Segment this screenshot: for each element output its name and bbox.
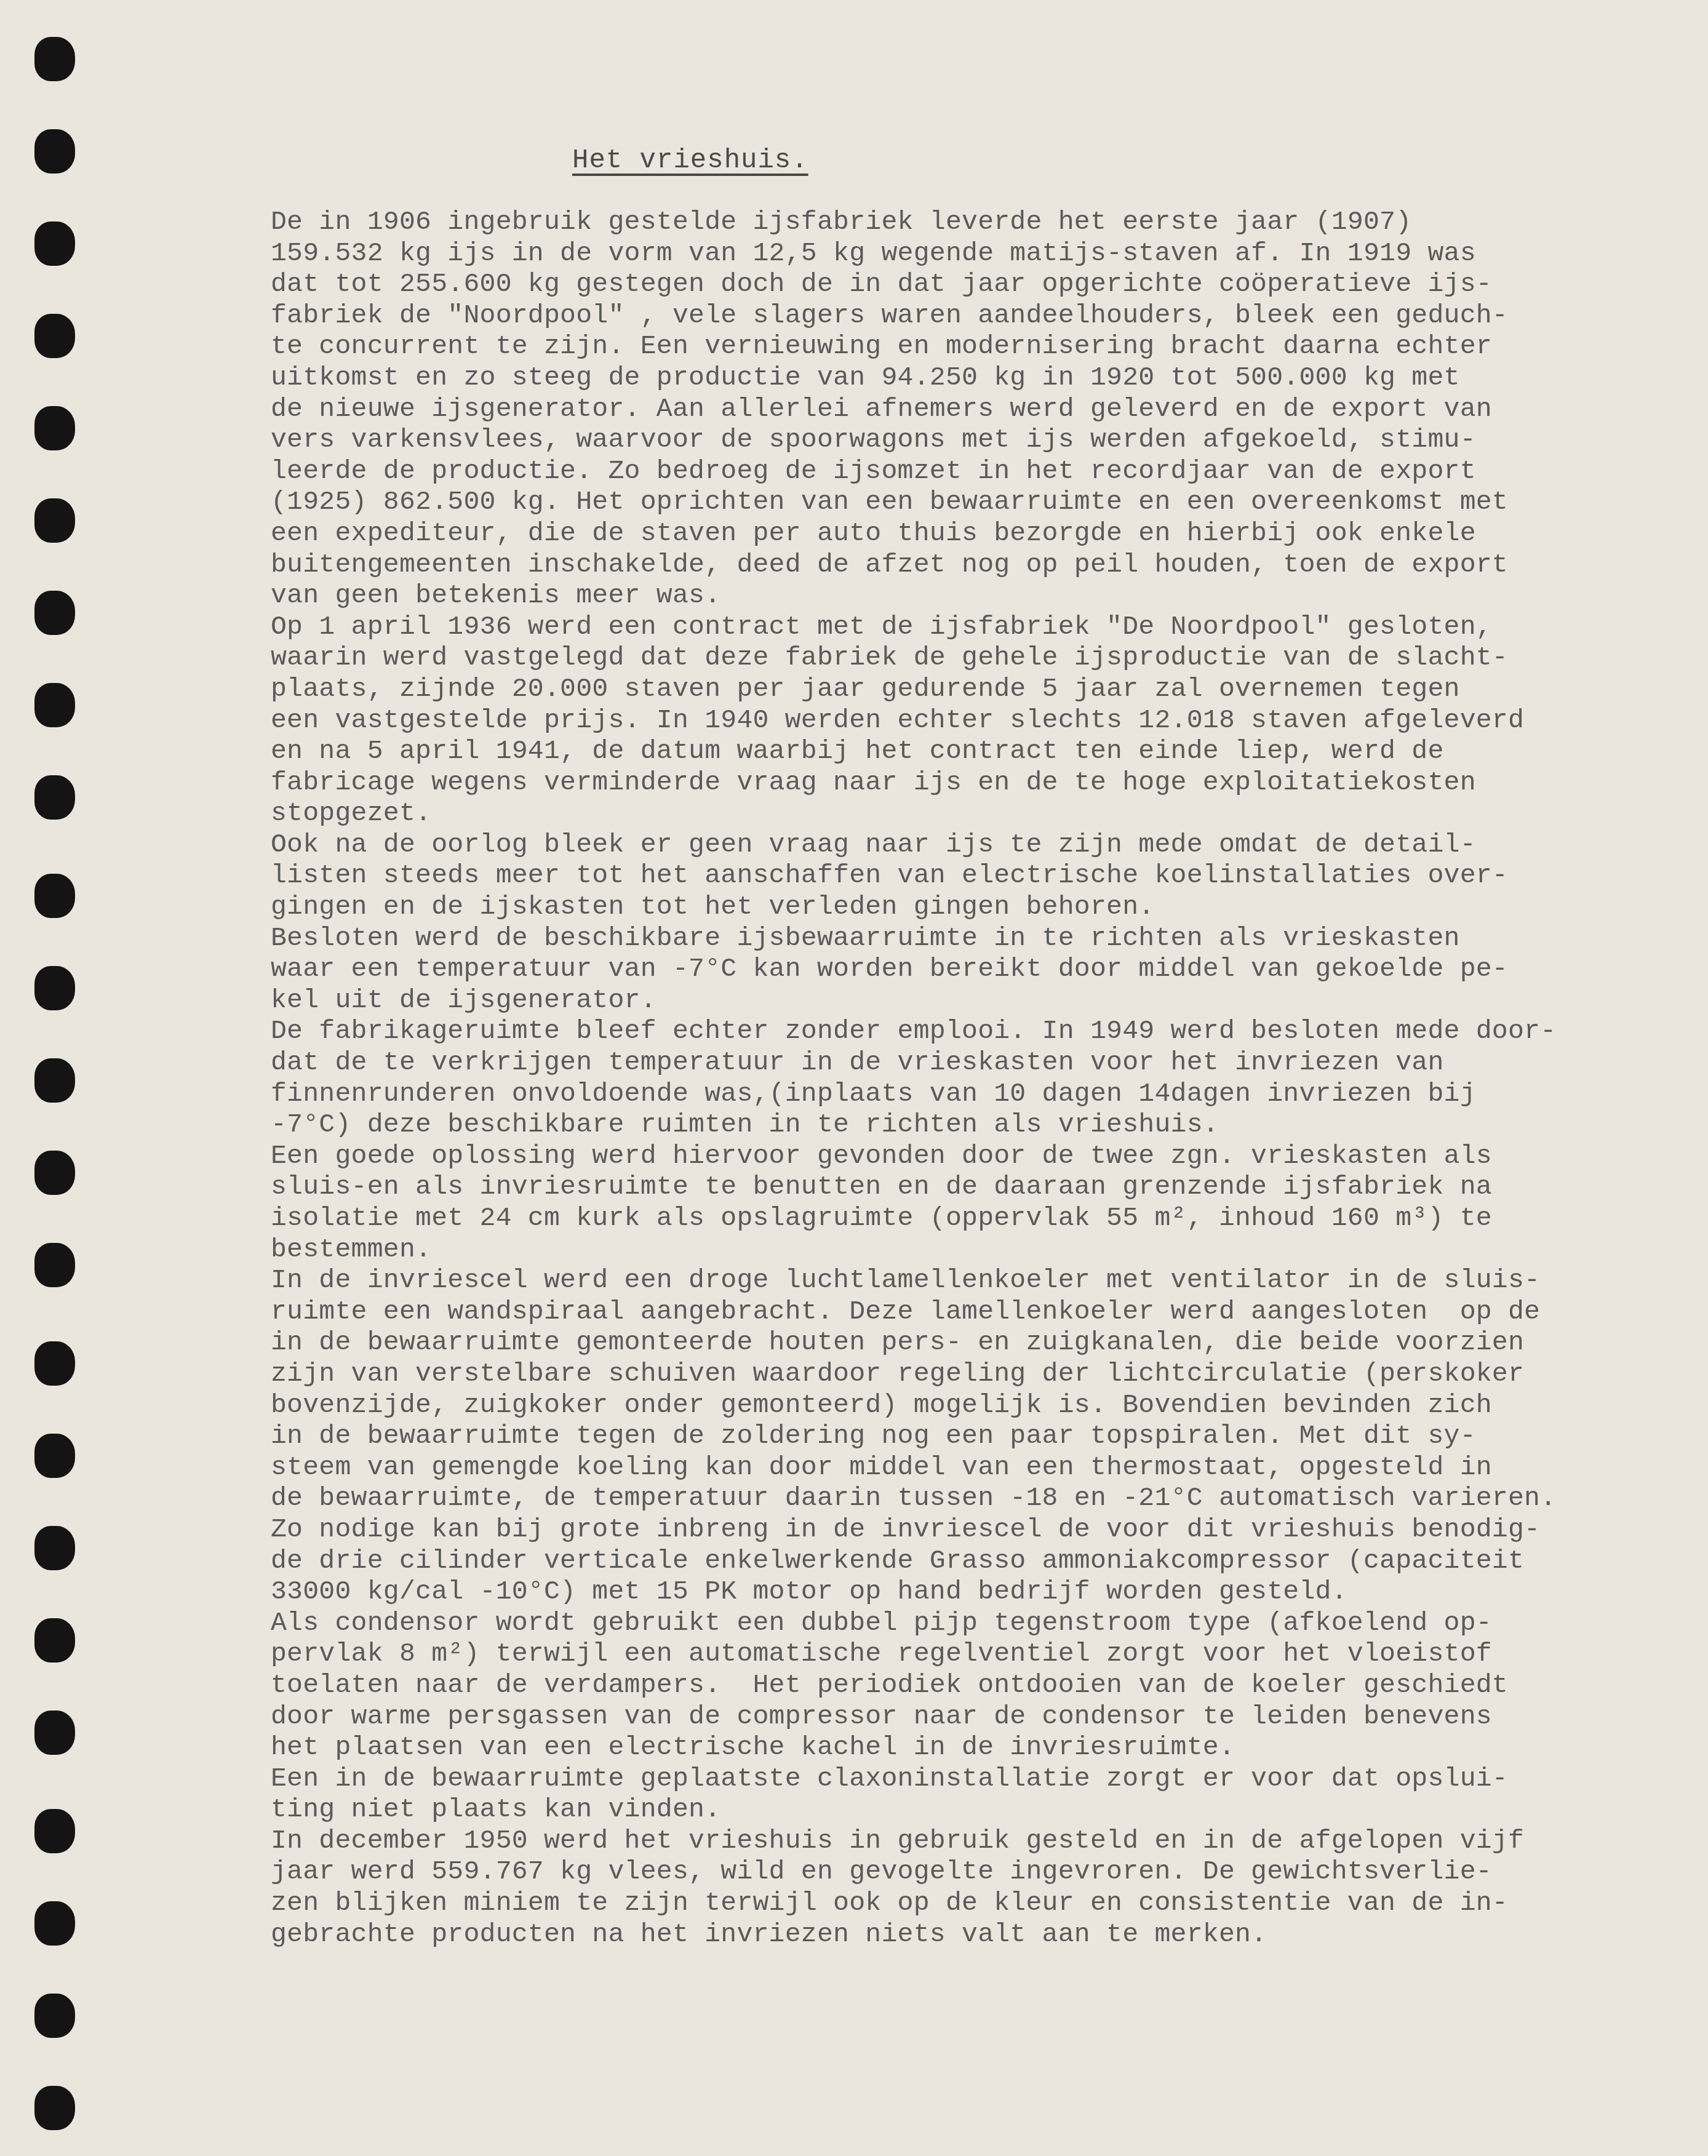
document-page: Het vrieshuis. De in 1906 ingebruik gest… bbox=[0, 0, 1708, 2156]
text-line: In december 1950 werd het vrieshuis in g… bbox=[271, 1826, 1686, 1857]
binder-hole-icon bbox=[34, 498, 75, 543]
text-line: 159.532 kg ijs in de vorm van 12,5 kg we… bbox=[271, 238, 1686, 269]
text-line: kel uit de ijsgenerator. bbox=[271, 985, 1686, 1016]
text-line: in de bewaarruimte tegen de zoldering no… bbox=[271, 1421, 1686, 1452]
binder-hole-icon bbox=[34, 314, 75, 358]
text-line: Ook na de oorlog bleek er geen vraag naa… bbox=[271, 829, 1686, 861]
text-line: Op 1 april 1936 werd een contract met de… bbox=[271, 612, 1686, 643]
binder-hole-icon bbox=[34, 1058, 75, 1103]
binder-hole-icon bbox=[34, 129, 75, 174]
text-line: waarin werd vastgelegd dat deze fabriek … bbox=[271, 642, 1686, 674]
text-line: In de invriescel werd een droge luchtlam… bbox=[271, 1265, 1686, 1296]
binder-holes bbox=[34, 0, 78, 2156]
text-line: in de bewaarruimte gemonteerde houten pe… bbox=[271, 1327, 1686, 1359]
text-line: zen blijken miniem te zijn terwijl ook o… bbox=[271, 1888, 1686, 1919]
text-line: bestemmen. bbox=[271, 1234, 1686, 1266]
text-line: plaats, zijnde 20.000 staven per jaar ge… bbox=[271, 674, 1686, 705]
binder-hole-icon bbox=[34, 1526, 75, 1570]
text-line: Besloten werd de beschikbare ijsbewaarru… bbox=[271, 923, 1686, 954]
binder-hole-icon bbox=[34, 406, 75, 450]
text-line: isolatie met 24 cm kurk als opslagruimte… bbox=[271, 1203, 1686, 1234]
text-line: bovenzijde, zuigkoker onder gemonteerd) … bbox=[271, 1390, 1686, 1421]
text-line: De fabrikageruimte bleef echter zonder e… bbox=[271, 1016, 1686, 1047]
document-body: De in 1906 ingebruik gestelde ijsfabriek… bbox=[271, 207, 1686, 1950]
text-line: dat de te verkrijgen temperatuur in de v… bbox=[271, 1047, 1686, 1079]
binder-hole-icon bbox=[34, 1341, 75, 1386]
binder-hole-icon bbox=[34, 222, 75, 266]
text-line: jaar werd 559.767 kg vlees, wild en gevo… bbox=[271, 1856, 1686, 1888]
text-line: Een in de bewaarruimte geplaatste claxon… bbox=[271, 1763, 1686, 1795]
binder-hole-icon bbox=[34, 591, 75, 635]
text-line: listen steeds meer tot het aanschaffen v… bbox=[271, 860, 1686, 892]
text-line: gingen en de ijskasten tot het verleden … bbox=[271, 892, 1686, 923]
binder-hole-icon bbox=[34, 775, 75, 820]
document-title: Het vrieshuis. bbox=[572, 145, 808, 176]
text-line: buitengemeenten inschakelde, deed de afz… bbox=[271, 549, 1686, 581]
binder-hole-icon bbox=[34, 2086, 75, 2130]
text-line: de drie cilinder verticale enkelwerkende… bbox=[271, 1546, 1686, 1577]
binder-hole-icon bbox=[34, 874, 75, 918]
text-line: Zo nodige kan bij grote inbreng in de in… bbox=[271, 1514, 1686, 1546]
text-line: vers varkensvlees, waarvoor de spoorwago… bbox=[271, 425, 1686, 456]
text-line: Een goede oplossing werd hiervoor gevond… bbox=[271, 1141, 1686, 1172]
text-line: een expediteur, die de staven per auto t… bbox=[271, 518, 1686, 549]
text-line: De in 1906 ingebruik gestelde ijsfabriek… bbox=[271, 207, 1686, 238]
text-line: door warme persgassen van de compressor … bbox=[271, 1701, 1686, 1733]
text-line: Als condensor wordt gebruikt een dubbel … bbox=[271, 1608, 1686, 1639]
text-line: en na 5 april 1941, de datum waarbij het… bbox=[271, 736, 1686, 767]
binder-hole-icon bbox=[34, 1243, 75, 1287]
binder-hole-icon bbox=[34, 37, 75, 81]
text-line: finnenrunderen onvoldoende was,(inplaats… bbox=[271, 1079, 1686, 1110]
text-line: ruimte een wandspiraal aangebracht. Deze… bbox=[271, 1296, 1686, 1328]
text-line: stopgezet. bbox=[271, 798, 1686, 829]
text-line: toelaten naar de verdampers. Het periodi… bbox=[271, 1670, 1686, 1701]
binder-hole-icon bbox=[34, 1809, 75, 1853]
text-line: het plaatsen van een electrische kachel … bbox=[271, 1732, 1686, 1763]
text-line: -7°C) deze beschikbare ruimten in te ric… bbox=[271, 1109, 1686, 1141]
text-line: zijn van verstelbare schuiven waardoor r… bbox=[271, 1359, 1686, 1390]
text-line: sluis-en als invriesruimte te benutten e… bbox=[271, 1172, 1686, 1203]
binder-hole-icon bbox=[34, 1434, 75, 1478]
text-line: gebrachte producten na het invriezen nie… bbox=[271, 1919, 1686, 1950]
binder-hole-icon bbox=[34, 1994, 75, 2038]
text-line: steem van gemengde koeling kan door midd… bbox=[271, 1452, 1686, 1483]
binder-hole-icon bbox=[34, 1618, 75, 1663]
binder-hole-icon bbox=[34, 1901, 75, 1946]
text-line: dat tot 255.600 kg gestegen doch de in d… bbox=[271, 269, 1686, 300]
binder-hole-icon bbox=[34, 1711, 75, 1755]
text-line: fabriek de "Noordpool" , vele slagers wa… bbox=[271, 300, 1686, 332]
text-line: van geen betekenis meer was. bbox=[271, 580, 1686, 612]
text-line: (1925) 862.500 kg. Het oprichten van een… bbox=[271, 487, 1686, 518]
binder-hole-icon bbox=[34, 966, 75, 1010]
text-line: een vastgestelde prijs. In 1940 werden e… bbox=[271, 705, 1686, 737]
text-line: waar een temperatuur van -7°C kan worden… bbox=[271, 954, 1686, 985]
binder-hole-icon bbox=[34, 683, 75, 727]
text-line: de nieuwe ijsgenerator. Aan allerlei afn… bbox=[271, 394, 1686, 425]
text-line: 33000 kg/cal -10°C) met 15 PK motor op h… bbox=[271, 1576, 1686, 1608]
binder-hole-icon bbox=[34, 1151, 75, 1195]
text-line: uitkomst en zo steeg de productie van 94… bbox=[271, 362, 1686, 394]
text-line: ting niet plaats kan vinden. bbox=[271, 1794, 1686, 1826]
text-line: de bewaarruimte, de temperatuur daarin t… bbox=[271, 1483, 1686, 1514]
text-line: leerde de productie. Zo bedroeg de ijsom… bbox=[271, 456, 1686, 487]
text-line: fabricage wegens verminderde vraag naar … bbox=[271, 767, 1686, 799]
text-line: te concurrent te zijn. Een vernieuwing e… bbox=[271, 331, 1686, 362]
text-line: pervlak 8 m²) terwijl een automatische r… bbox=[271, 1639, 1686, 1670]
